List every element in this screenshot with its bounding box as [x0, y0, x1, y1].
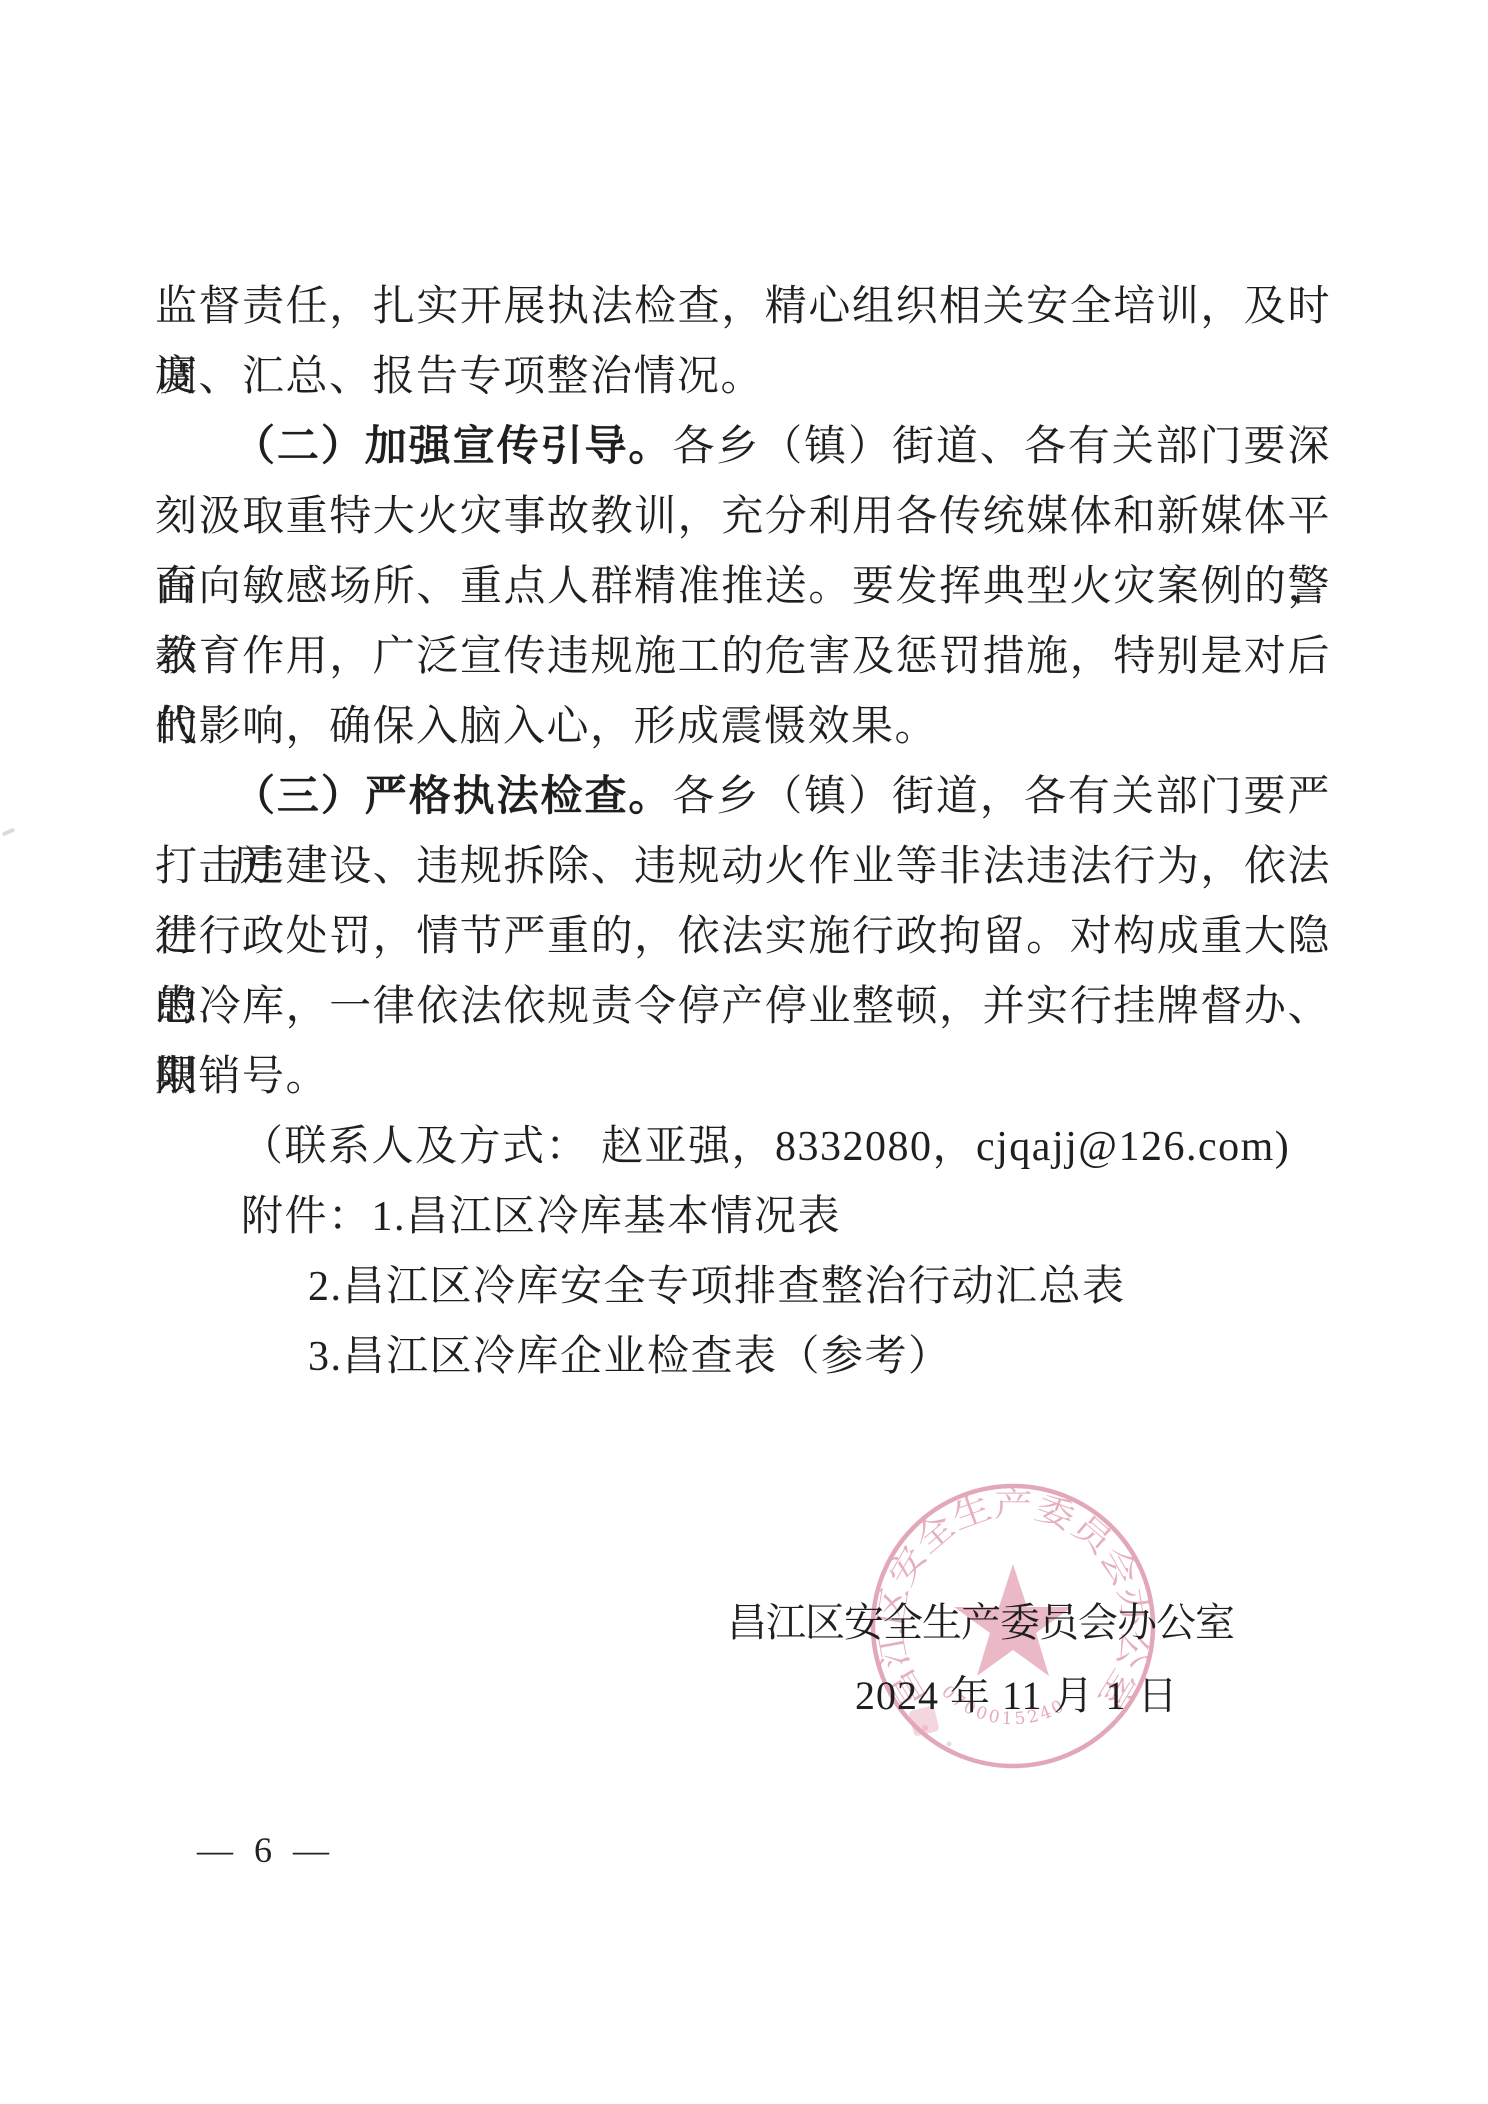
signature-date: 2024 年 11 月 1 日 [855, 1672, 1179, 1720]
paragraph-lead: （三）严格执法检查。 [233, 774, 672, 820]
contact-line: （联系人及方式： 赵亚强，8332080，cjqajj@126.com) [155, 1112, 1331, 1182]
text-line: 的冷库，一律依法依规责令停产停业整顿，并实行挂牌督办、限 [155, 972, 1331, 1042]
text-line: 的影响，确保入脑入心，形成震慑效果。 [155, 692, 1331, 762]
text-line: 行行政处罚，情节严重的，依法实施行政拘留。对构成重大隐患 [155, 902, 1331, 972]
seal-smudge [947, 1742, 952, 1747]
document-page: 监督责任，扎实开展执法检查，精心组织相关安全培训，及时调 度、汇总、报告专项整治… [0, 0, 1488, 2104]
body-text: 监督责任，扎实开展执法检查，精心组织相关安全培训，及时调 度、汇总、报告专项整治… [155, 272, 1331, 1392]
paragraph-text: 各乡（镇）街道、各有关部门要深 [672, 424, 1331, 470]
text-line: 刻汲取重特大火灾事故教训，充分利用各传统媒体和新媒体平台， [155, 482, 1331, 552]
page-number: — 6 — [197, 1830, 335, 1870]
text-line: 监督责任，扎实开展执法检查，精心组织相关安全培训，及时调 [155, 272, 1331, 342]
text-line: 期销号。 [155, 1042, 1331, 1112]
paragraph-lead: （二）加强宣传引导。 [233, 424, 672, 470]
text-line: 度、汇总、报告专项整治情况。 [155, 342, 1331, 412]
attachment-line-3: 3.昌江区冷库企业检查表（参考） [155, 1322, 1331, 1392]
text-line: 教育作用，广泛宣传违规施工的危害及惩罚措施，特别是对后代 [155, 622, 1331, 692]
text-line: 面向敏感场所、重点人群精准推送。要发挥典型火灾案例的警示 [155, 552, 1331, 622]
text-line: （二）加强宣传引导。各乡（镇）街道、各有关部门要深 [155, 412, 1331, 482]
scan-smudge [2, 828, 16, 837]
text-line: （三）严格执法检查。各乡（镇）街道，各有关部门要严厉 [155, 762, 1331, 832]
attachment-line-1: 附件：1.昌江区冷库基本情况表 [155, 1182, 1331, 1252]
signature-office: 昌江区安全生产委员会办公室 [727, 1599, 1234, 1647]
attachment-line-2: 2.昌江区冷库安全专项排查整治行动汇总表 [155, 1252, 1331, 1322]
text-line: 打击违建设、违规拆除、违规动火作业等非法违法行为，依法进 [155, 832, 1331, 902]
